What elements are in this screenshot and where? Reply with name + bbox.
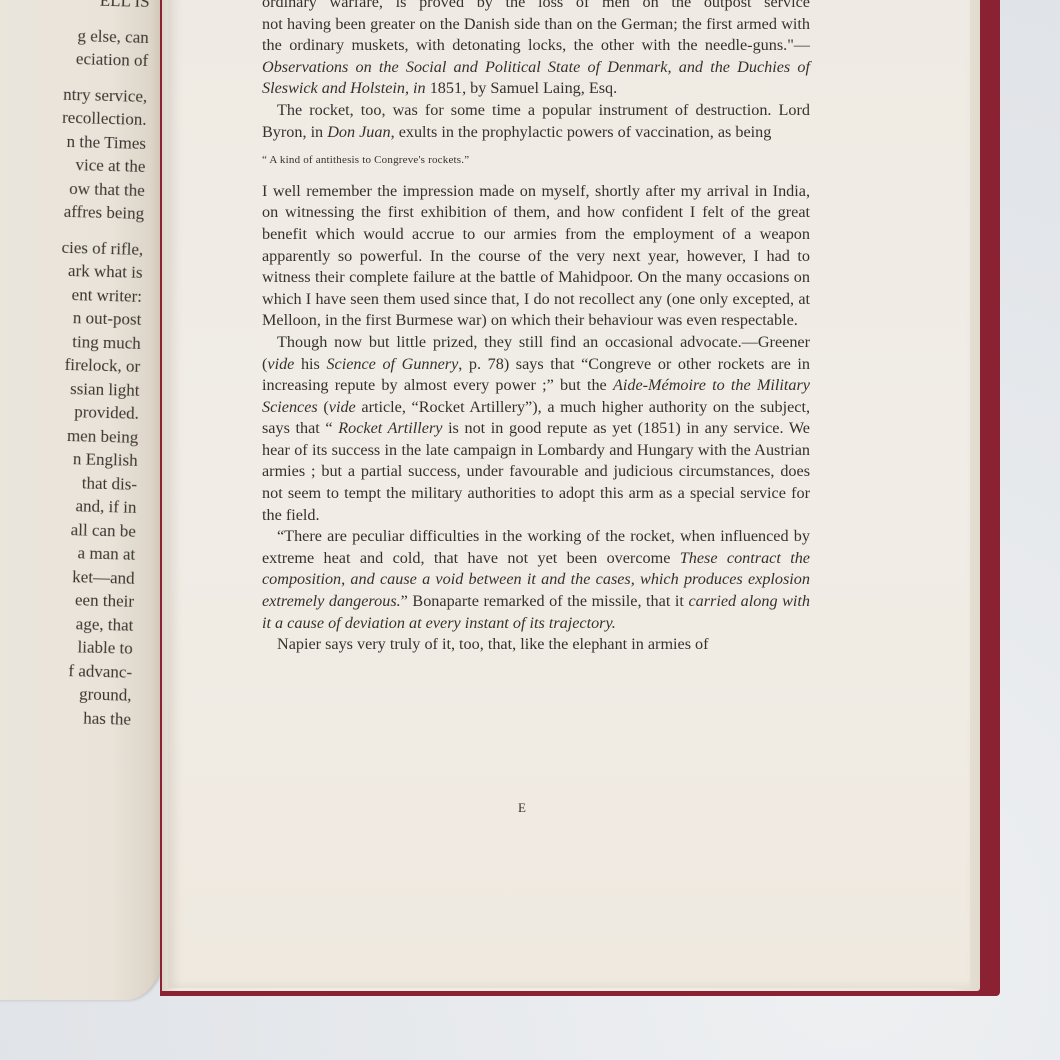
left-page-line: a man at [0, 539, 136, 566]
left-page-line: n English [0, 445, 138, 472]
signature-mark: E [518, 800, 526, 816]
paragraph-india: I well remember the impression made on m… [262, 181, 810, 332]
left-page-line: ting much [0, 327, 141, 354]
left-page-line: firelock, or [0, 351, 140, 378]
paragraph-greener: Though now but little prized, they still… [262, 332, 810, 526]
left-page-line: ket—and [0, 562, 135, 589]
left-page-text: ELL ISg else, caneciation ofntry service… [0, 0, 150, 731]
left-page-line: age, that [0, 609, 134, 636]
left-page-line: f advanc- [0, 656, 132, 683]
left-page-line: has the [0, 703, 131, 730]
left-page-line: een their [0, 586, 134, 613]
left-page-line: liable to [0, 633, 133, 660]
left-page-line: ground, [0, 680, 132, 707]
left-page-line: men being [0, 421, 139, 448]
right-page-text: ordinary warfare, is proved by the loss … [262, 0, 810, 656]
epigraph-quote: “ A kind of antithesis to Congreve's roc… [262, 150, 810, 172]
left-page-line: all can be [0, 515, 136, 542]
paragraph-rocket-byron: The rocket, too, was for some time a pop… [262, 100, 810, 143]
left-page-line: provided. [0, 398, 139, 425]
top-partial-line: ordinary warfare, is proved by the loss … [262, 0, 810, 14]
left-page-line: ssian light [0, 374, 140, 401]
paragraph-napier: Napier says very truly of it, too, that,… [262, 634, 810, 656]
paragraph-observations: not having been greater on the Danish si… [262, 14, 810, 100]
paragraph-difficulties: “There are peculiar difficulties in the … [262, 526, 810, 634]
left-page-line: and, if in [0, 492, 137, 519]
left-page: ELL ISg else, caneciation ofntry service… [0, 0, 166, 1000]
left-page-line: that dis- [0, 468, 137, 495]
